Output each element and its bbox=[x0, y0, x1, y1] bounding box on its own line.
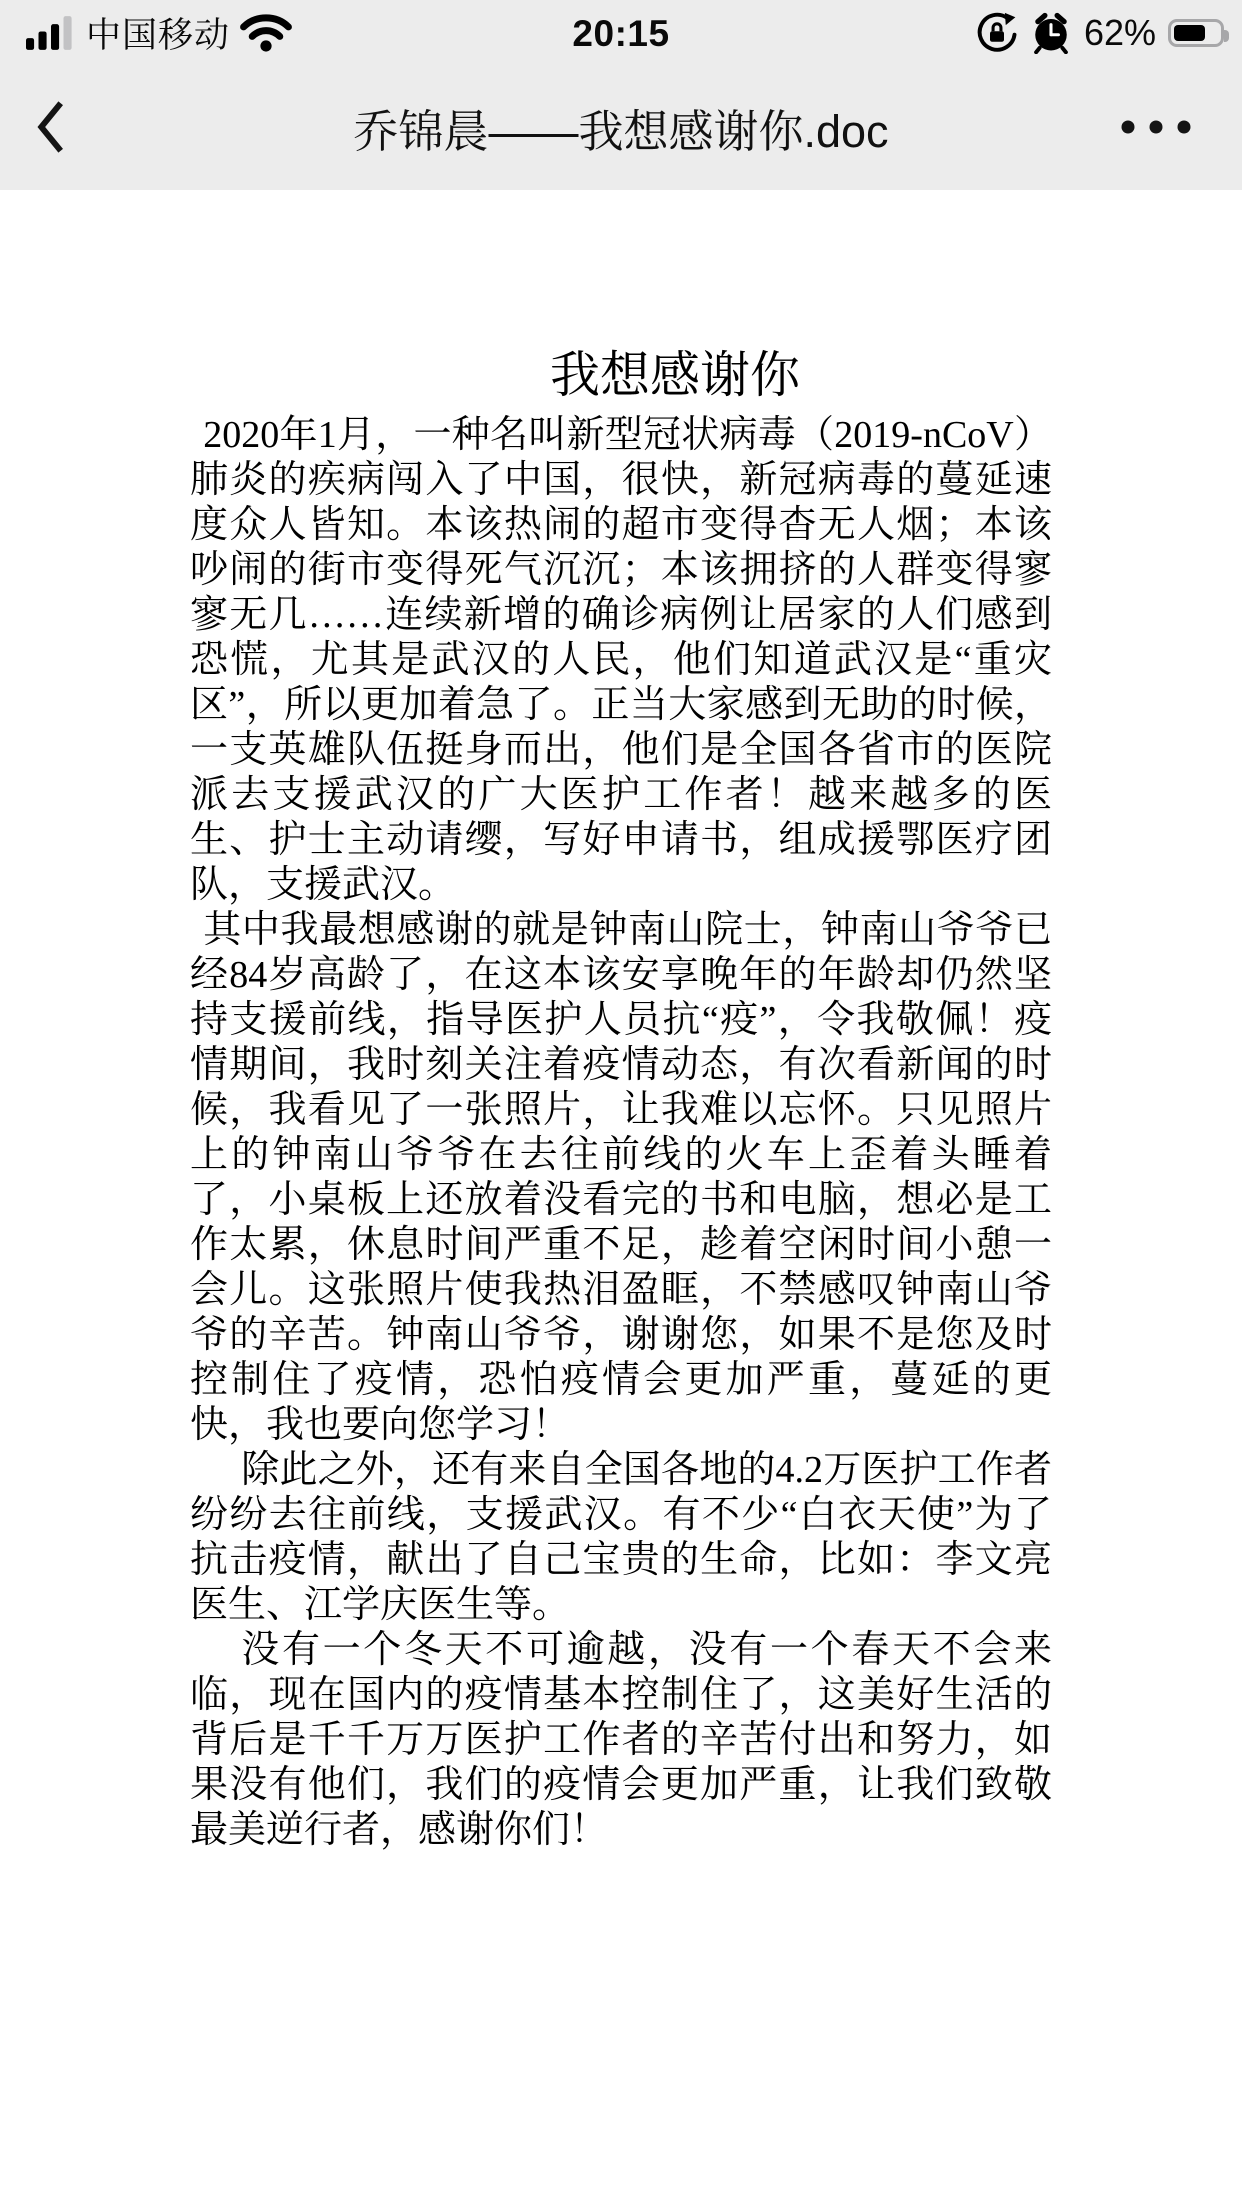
alarm-icon bbox=[1030, 12, 1072, 54]
status-bar: 中国移动 20:15 bbox=[0, 0, 1242, 64]
battery-fill bbox=[1174, 25, 1205, 41]
essay-paragraph-3: 除此之外，还有来自全国各地的4.2万医护工作者纷纷去往前线，支援武汉。有不少“白… bbox=[190, 1448, 1052, 1628]
status-right-cluster: 62% bbox=[976, 12, 1224, 54]
orientation-lock-icon bbox=[976, 12, 1018, 54]
essay-paragraph-1: 2020年1月，一种名叫新型冠状病毒（2019-nCoV）肺炎的疾病闯入了中国，… bbox=[190, 413, 1052, 908]
battery-percent-label: 62% bbox=[1084, 12, 1156, 54]
essay-paragraph-4: 没有一个冬天不可逾越，没有一个春天不会来临，现在国内的疫情基本控制住了，这美好生… bbox=[190, 1628, 1052, 1853]
back-button[interactable] bbox=[36, 92, 96, 162]
document-viewer[interactable]: 我想感谢你 2020年1月，一种名叫新型冠状病毒（2019-nCoV）肺炎的疾病… bbox=[0, 190, 1242, 2208]
screen: 中国移动 20:15 bbox=[0, 0, 1242, 2208]
more-icon bbox=[1120, 119, 1192, 135]
essay-body: 2020年1月，一种名叫新型冠状病毒（2019-nCoV）肺炎的疾病闯入了中国，… bbox=[190, 413, 1052, 1853]
top-chrome: 中国移动 20:15 bbox=[0, 0, 1242, 190]
essay-title: 我想感谢你 bbox=[54, 345, 1242, 405]
nav-title: 乔锦晨——我想感谢你.doc bbox=[120, 64, 1122, 190]
more-button[interactable] bbox=[1116, 102, 1196, 152]
battery-tip bbox=[1224, 30, 1229, 42]
back-chevron-icon bbox=[36, 99, 66, 155]
nav-bar: 乔锦晨——我想感谢你.doc bbox=[0, 64, 1242, 190]
battery-icon bbox=[1168, 19, 1224, 47]
essay-paragraph-2: 其中我最想感谢的就是钟南山院士，钟南山爷爷已经84岁高龄了，在这本该安享晚年的年… bbox=[190, 908, 1052, 1448]
